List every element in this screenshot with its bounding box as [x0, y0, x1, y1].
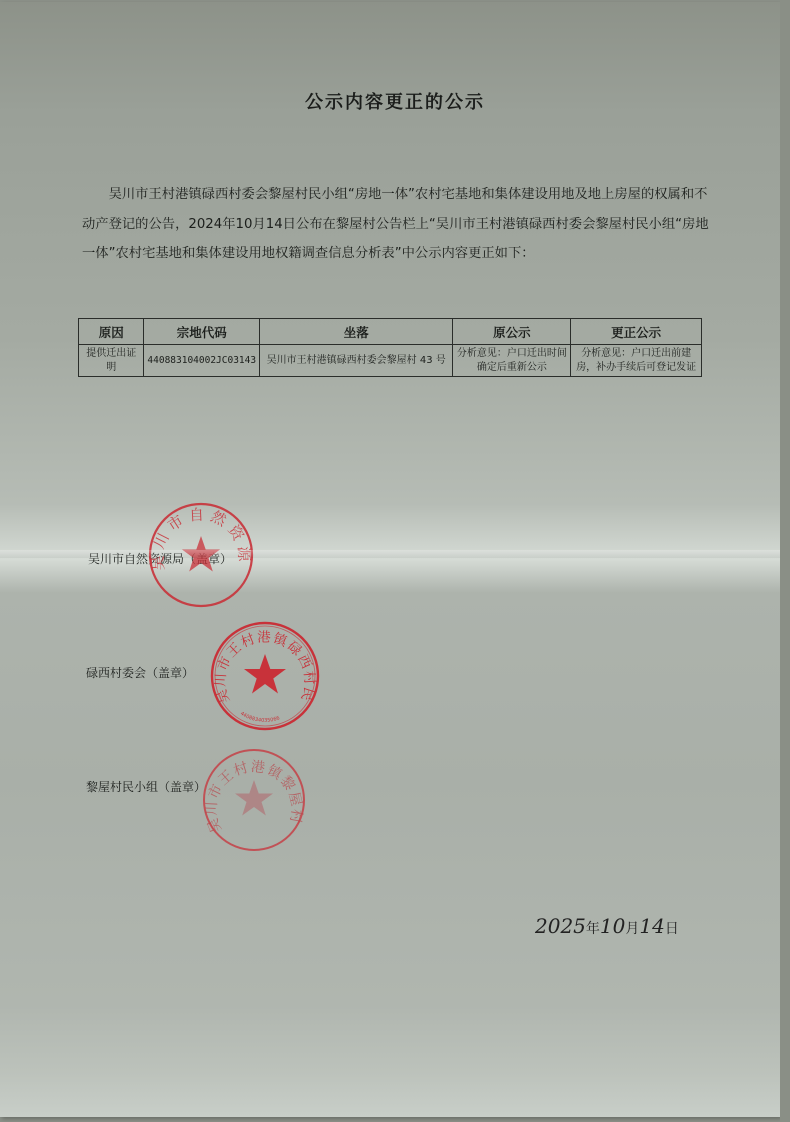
star-icon — [244, 654, 286, 694]
correction-table: 原因 宗地代码 坐落 原公示 更正公示 提供迁出证明 440883104002J… — [78, 318, 702, 377]
date-year-unit: 年 — [586, 921, 600, 937]
seal-resources-bureau: 吴川市自然资源局 — [146, 500, 256, 610]
cell-original: 分析意见：户口迁出时间确定后重新公示 — [453, 345, 571, 377]
header-reason: 原因 — [79, 319, 144, 345]
date-day-unit: 日 — [665, 921, 679, 937]
cell-corrected: 分析意见：户口迁出前建房，补办手续后可登记发证 — [571, 345, 702, 377]
cell-location: 吴川市王村港镇碌西村委会黎屋村 43 号 — [260, 345, 453, 377]
date-year: 2025 — [535, 914, 586, 938]
document-page: 公示内容更正的公示 吴川市王村港镇碌西村委会黎屋村民小组“房地一体”农村宅基地和… — [0, 2, 780, 1117]
notice-paragraph: 吴川市王村港镇碌西村委会黎屋村民小组“房地一体”农村宅基地和集体建设用地及地上房… — [82, 180, 712, 269]
signature-label-village-committee: 碌西村委会（盖章） — [86, 664, 194, 681]
header-corrected: 更正公示 — [571, 319, 702, 345]
table-header-row: 原因 宗地代码 坐落 原公示 更正公示 — [79, 319, 702, 345]
table-row: 提供迁出证明 440883104002JC03143 吴川市王村港镇碌西村委会黎… — [79, 345, 702, 377]
signature-label-village-group: 黎屋村民小组（盖章） — [86, 778, 206, 795]
cell-parcel-code: 440883104002JC03143 — [144, 345, 260, 377]
date-day: 14 — [639, 914, 664, 938]
header-parcel-code: 宗地代码 — [144, 319, 260, 345]
paragraph-text: 吴川市王村港镇碌西村委会黎屋村民小组“房地一体”农村宅基地和集体建设用地及地上房… — [82, 180, 712, 269]
page-title: 公示内容更正的公示 — [0, 88, 790, 114]
seal-village-committee: 吴川市王村港镇碌西村民委员会 4408834035066 — [208, 619, 322, 733]
background-edge — [780, 0, 790, 1122]
date-month: 10 — [600, 914, 625, 938]
star-icon — [235, 780, 273, 816]
star-icon — [182, 536, 220, 572]
seal-village-group: 吴川市王村港镇黎屋村民小组 — [200, 746, 308, 854]
header-location: 坐落 — [260, 319, 453, 345]
signing-date: 2025年10月14日 — [535, 914, 679, 938]
header-original: 原公示 — [453, 319, 571, 345]
date-month-unit: 月 — [625, 921, 639, 937]
cell-reason: 提供迁出证明 — [79, 345, 144, 377]
